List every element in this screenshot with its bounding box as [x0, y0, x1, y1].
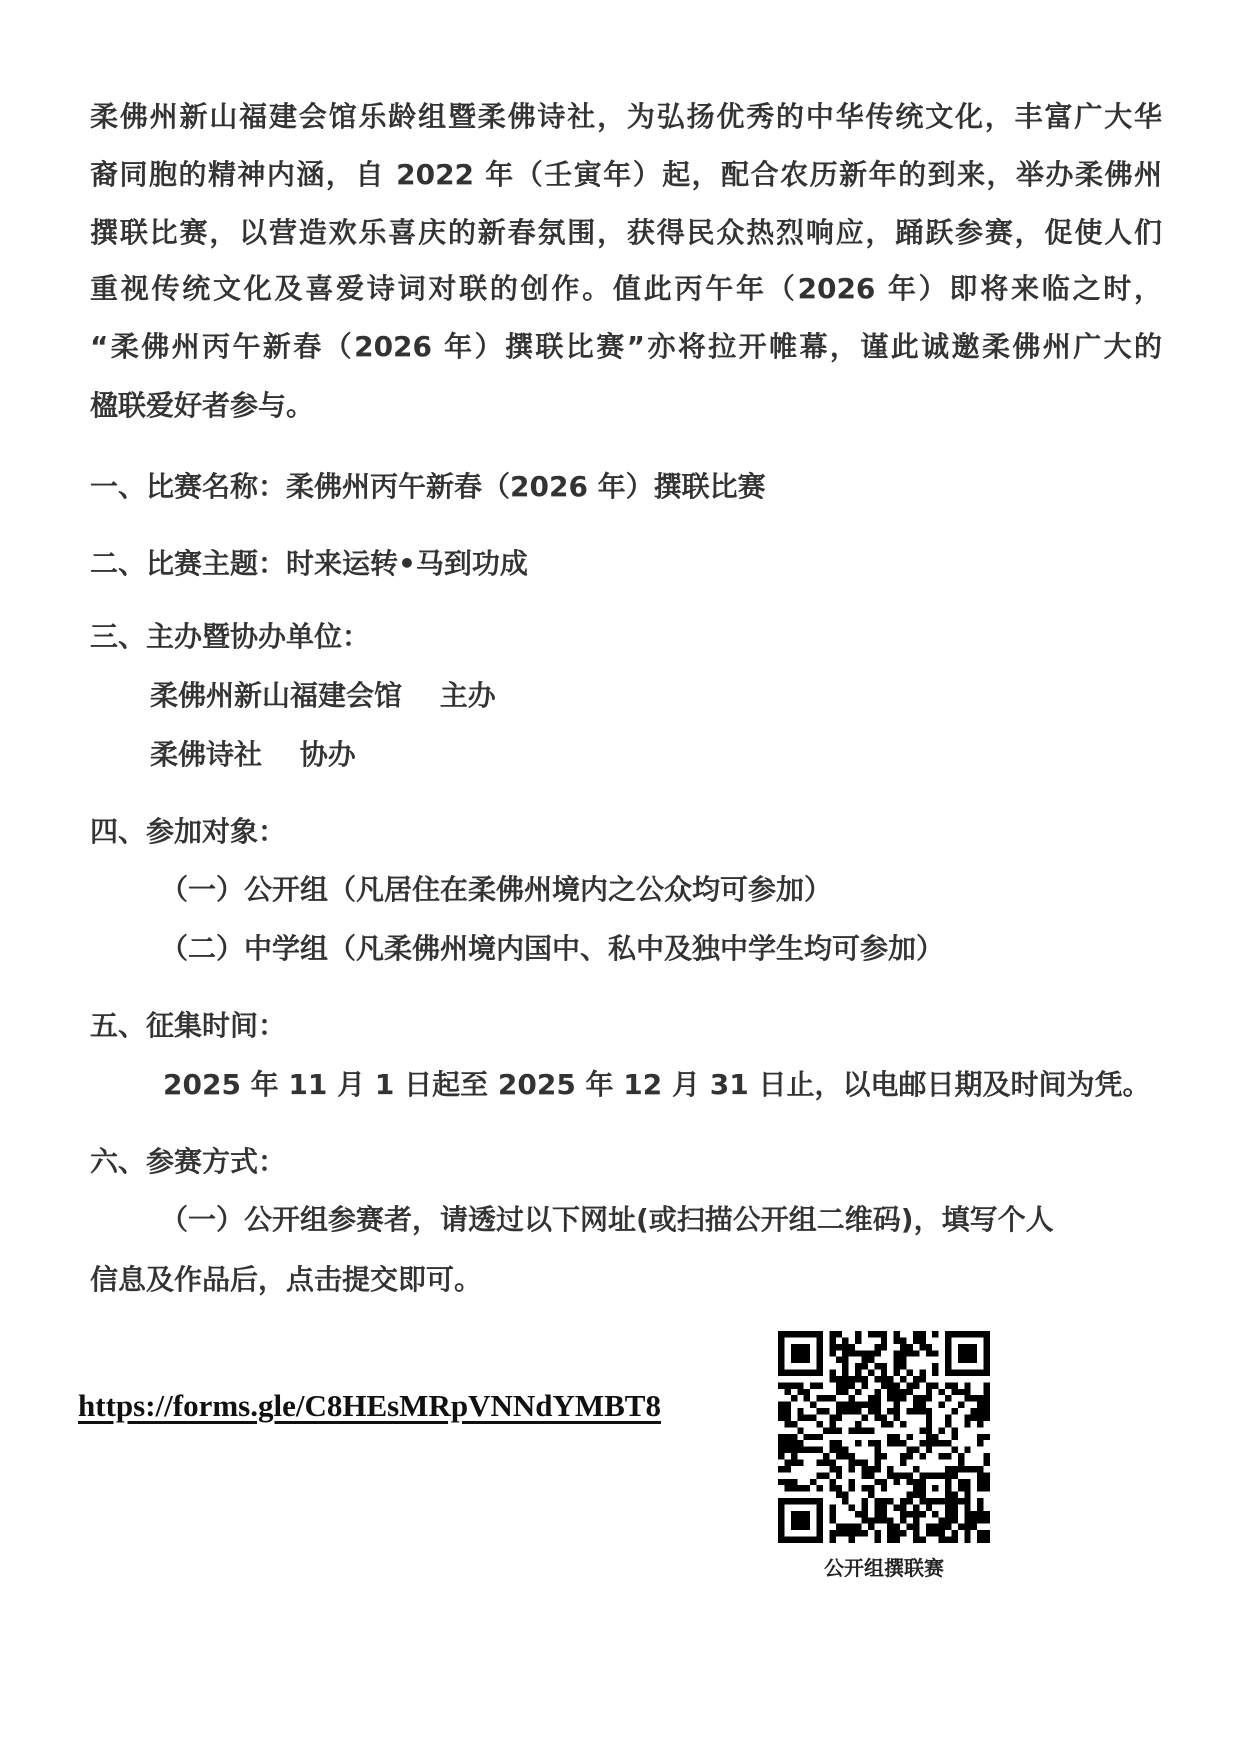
section-heading-participants: 四、参加对象：	[90, 814, 286, 850]
participant-group-open: （一）公开组（凡居住在柔佛州境内之公众均可参加）	[160, 872, 832, 908]
entry-method-line-1: （一）公开组参赛者，请透过以下网址(或扫描公开组二维码)，填写个人	[160, 1202, 1054, 1238]
section-heading-organizers: 三、主办暨协办单位：	[90, 619, 370, 655]
form-link[interactable]: https://forms.gle/C8HEsMRpVNNdYMBT8	[78, 1388, 661, 1424]
qr-code-icon	[778, 1331, 990, 1543]
qr-caption: 公开组撰联赛	[778, 1555, 990, 1581]
document-page: 柔佛州新山福建会馆乐龄组暨柔佛诗社，为弘扬优秀的中华传统文化，丰富广大华 裔同胞…	[0, 0, 1241, 1755]
organizer-co: 柔佛诗社 协办	[150, 737, 356, 773]
section-heading-competition-name: 一、比赛名称：柔佛州丙午新春（2026 年）撰联比赛	[90, 469, 766, 505]
section-heading-theme: 二、比赛主题：时来运转•马到功成	[90, 546, 528, 582]
entry-method-line-2: 信息及作品后，点击提交即可。	[90, 1262, 482, 1298]
submission-period-text: 2025 年 11 月 1 日起至 2025 年 12 月 31 日止，以电邮日…	[163, 1067, 1150, 1103]
intro-line-4: 重视传统文化及喜爱诗词对联的创作。值此丙午年（2026 年）即将来临之时，	[90, 271, 1162, 307]
section-heading-submission-period: 五、征集时间：	[90, 1008, 286, 1044]
section-heading-entry-method: 六、参赛方式：	[90, 1144, 286, 1180]
organizer-main: 柔佛州新山福建会馆 主办	[150, 678, 496, 714]
participant-group-secondary: （二）中学组（凡柔佛州境内国中、私中及独中学生均可参加）	[160, 931, 944, 967]
intro-line-2: 裔同胞的精神内涵，自 2022 年（壬寅年）起，配合农历新年的到来，举办柔佛州	[90, 157, 1162, 193]
intro-line-6: 楹联爱好者参与。	[90, 388, 314, 424]
intro-line-5: “柔佛州丙午新春（2026 年）撰联比赛”亦将拉开帷幕，谨此诚邀柔佛州广大的	[90, 329, 1162, 365]
intro-line-1: 柔佛州新山福建会馆乐龄组暨柔佛诗社，为弘扬优秀的中华传统文化，丰富广大华	[90, 99, 1162, 135]
intro-line-3: 撰联比赛，以营造欢乐喜庆的新春氛围，获得民众热烈响应，踊跃参赛，促使人们	[90, 215, 1162, 251]
